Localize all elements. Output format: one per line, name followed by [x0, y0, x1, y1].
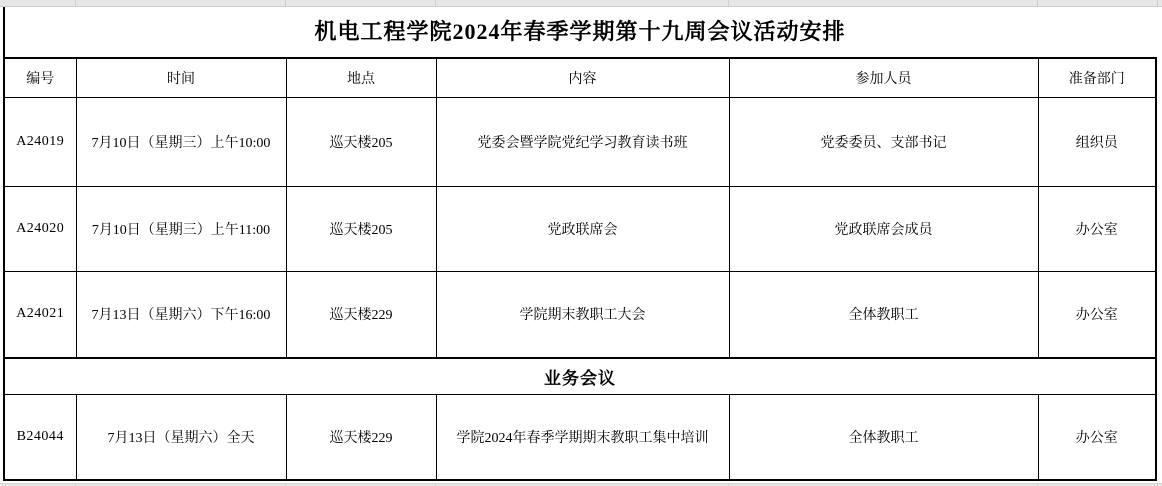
col-header-content: 内容 — [436, 58, 729, 97]
spreadsheet-screenshot: 机电工程学院2024年春季学期第十九周会议活动安排 编号 时间 地点 内容 参加… — [0, 0, 1162, 486]
cell-content: 学院期末教职工大会 — [436, 271, 729, 358]
cell-participants: 全体教职工 — [729, 394, 1038, 480]
cell-location: 巡天楼205 — [286, 97, 436, 186]
col-header-time: 时间 — [76, 58, 286, 97]
gridline-tick — [75, 0, 76, 6]
gridline-tick — [285, 0, 286, 6]
cell-id: B24044 — [4, 394, 76, 480]
col-header-location: 地点 — [286, 58, 436, 97]
cell-time: 7月10日（星期三）上午10:00 — [76, 97, 286, 186]
cell-id: A24021 — [4, 271, 76, 358]
cell-location: 巡天楼205 — [286, 186, 436, 271]
cell-time: 7月13日（星期六）下午16:00 — [76, 271, 286, 358]
cell-location: 巡天楼229 — [286, 394, 436, 480]
gridline-tick — [1037, 0, 1038, 6]
table-row: A24019 7月10日（星期三）上午10:00 巡天楼205 党委会暨学院党纪… — [4, 97, 1156, 186]
table-row: A24021 7月13日（星期六）下午16:00 巡天楼229 学院期末教职工大… — [4, 271, 1156, 358]
gridline-tick — [435, 0, 436, 6]
cell-content: 党委会暨学院党纪学习教育读书班 — [436, 97, 729, 186]
cell-content: 学院2024年春季学期期末教职工集中培训 — [436, 394, 729, 480]
gridline-tick — [1157, 0, 1158, 6]
col-header-participants: 参加人员 — [729, 58, 1038, 97]
cell-department: 办公室 — [1038, 186, 1156, 271]
cell-id: A24020 — [4, 186, 76, 271]
section-header-row: 业务会议 — [4, 358, 1156, 394]
schedule-table: 编号 时间 地点 内容 参加人员 准备部门 A24019 7月10日（星期三）上… — [3, 57, 1157, 481]
adjacent-cells-top — [0, 0, 1162, 7]
col-header-department: 准备部门 — [1038, 58, 1156, 97]
section-header: 业务会议 — [4, 358, 1156, 394]
cell-content: 党政联席会 — [436, 186, 729, 271]
cell-department: 办公室 — [1038, 394, 1156, 480]
col-header-id: 编号 — [4, 58, 76, 97]
cell-id: A24019 — [4, 97, 76, 186]
cell-department: 组织员 — [1038, 97, 1156, 186]
gridline-tick — [728, 0, 729, 6]
page-title: 机电工程学院2024年春季学期第十九周会议活动安排 — [3, 7, 1155, 57]
cell-participants: 党委委员、支部书记 — [729, 97, 1038, 186]
table-row: A24020 7月10日（星期三）上午11:00 巡天楼205 党政联席会 党政… — [4, 186, 1156, 271]
cell-participants: 全体教职工 — [729, 271, 1038, 358]
header-row: 编号 时间 地点 内容 参加人员 准备部门 — [4, 58, 1156, 97]
table-row: B24044 7月13日（星期六）全天 巡天楼229 学院2024年春季学期期末… — [4, 394, 1156, 480]
cell-department: 办公室 — [1038, 271, 1156, 358]
cell-time: 7月13日（星期六）全天 — [76, 394, 286, 480]
schedule-sheet: 机电工程学院2024年春季学期第十九周会议活动安排 编号 时间 地点 内容 参加… — [3, 7, 1155, 481]
cell-location: 巡天楼229 — [286, 271, 436, 358]
cell-participants: 党政联席会成员 — [729, 186, 1038, 271]
cell-time: 7月10日（星期三）上午11:00 — [76, 186, 286, 271]
